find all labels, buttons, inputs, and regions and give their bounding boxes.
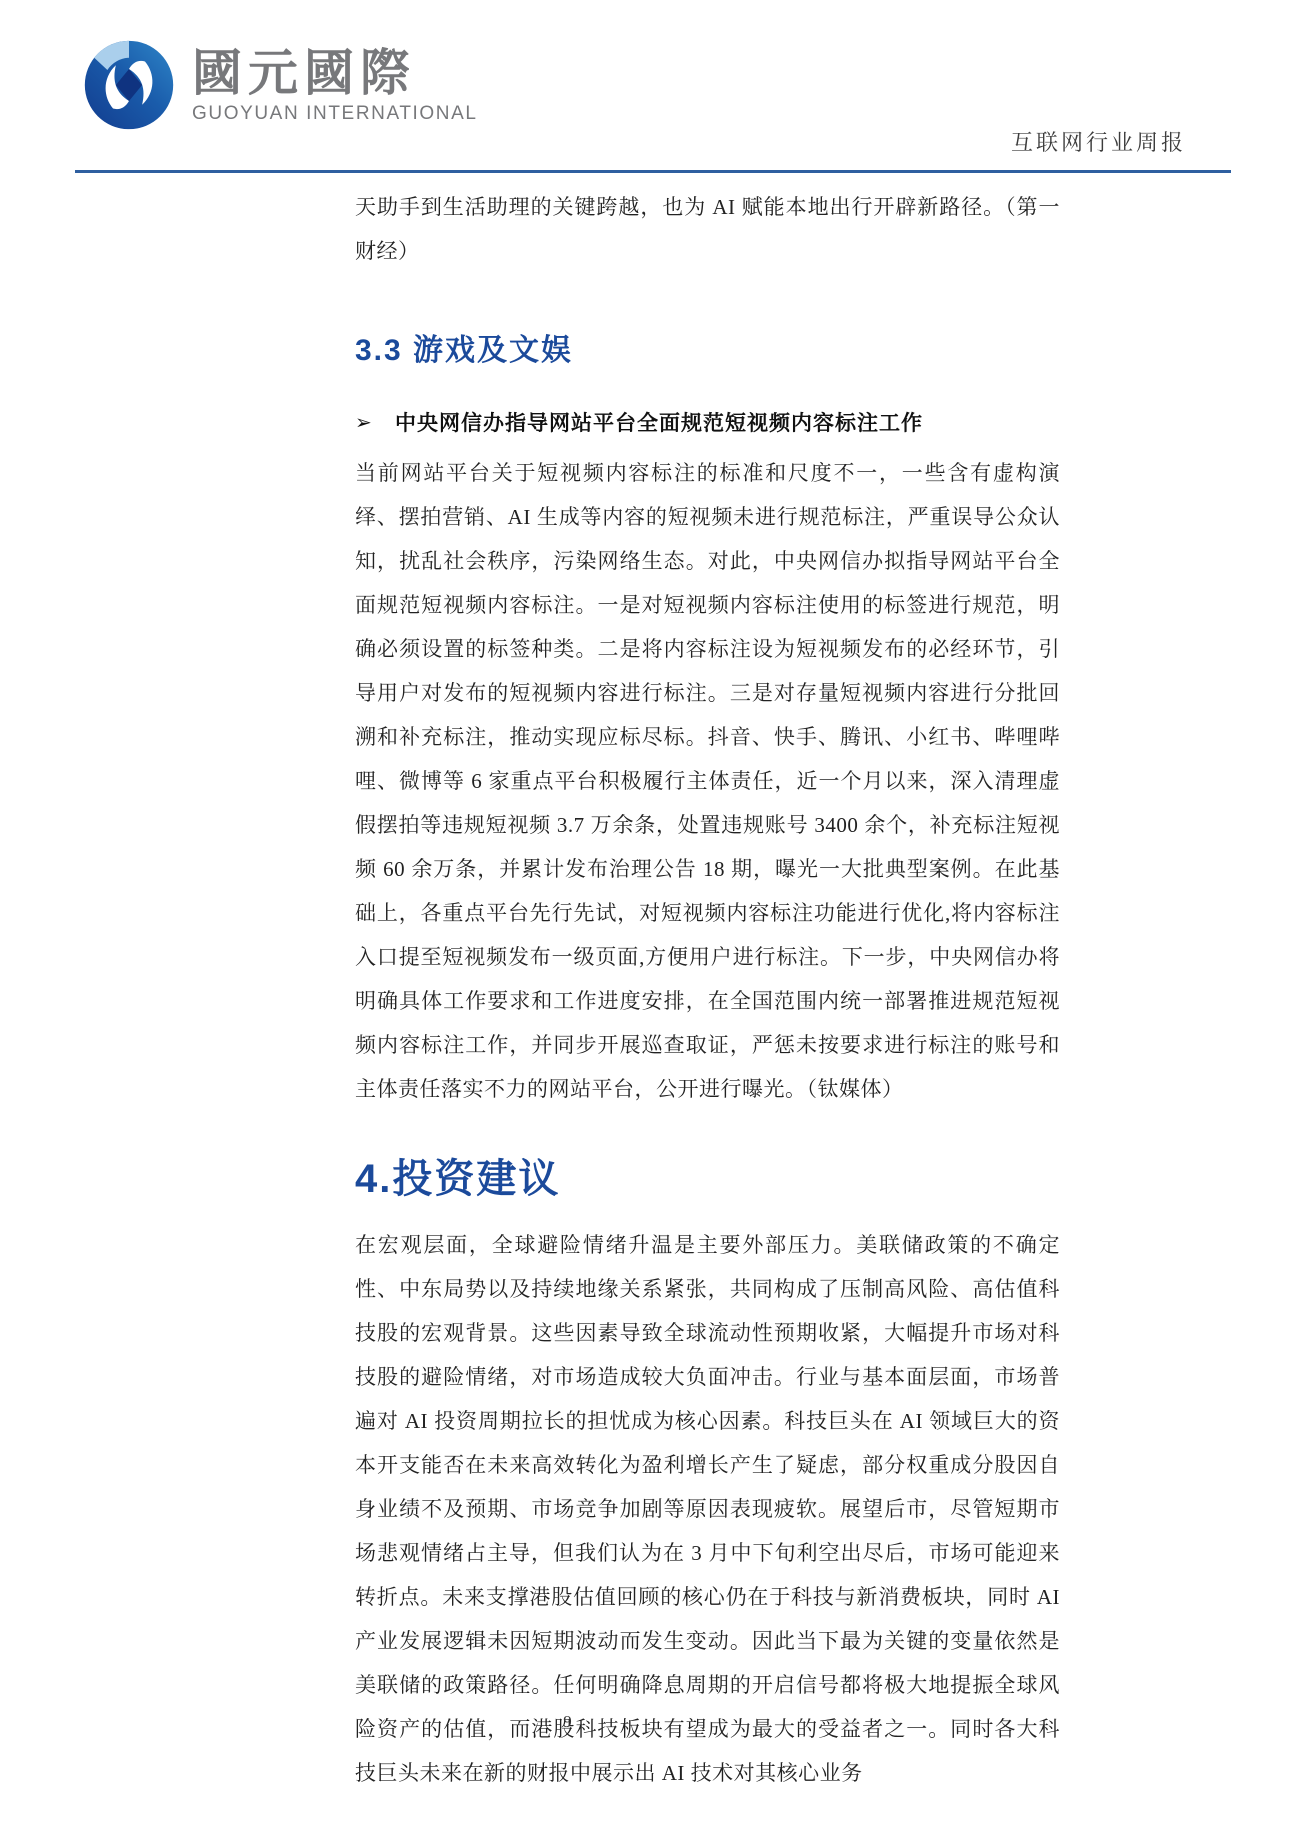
page-number: 9 xyxy=(75,1712,1060,1732)
content-column: 天助手到生活助理的关键跨越，也为 AI 赋能本地出行开辟新路径。（第一财经） 3… xyxy=(355,185,1060,1795)
section-4-paragraph: 在宏观层面，全球避险情绪升温是主要外部压力。美联储政策的不确定性、中东局势以及持… xyxy=(355,1223,1060,1795)
section-4-heading: 4.投资建议 xyxy=(355,1151,1060,1207)
section-33-bullet-title: 中央网信办指导网站平台全面规范短视频内容标注工作 xyxy=(395,401,923,445)
section-33-heading: 3.3 游戏及文娱 xyxy=(355,329,1060,373)
guoyuan-logo: 國元國際 GUOYUAN INTERNATIONAL xyxy=(82,38,478,132)
guoyuan-logo-icon xyxy=(82,38,176,132)
report-page: 國元國際 GUOYUAN INTERNATIONAL 互联网行业周报 天助手到生… xyxy=(0,0,1306,1847)
section-33-bullet: ➢ 中央网信办指导网站平台全面规范短视频内容标注工作 xyxy=(355,401,1060,445)
intro-paragraph: 天助手到生活助理的关键跨越，也为 AI 赋能本地出行开辟新路径。（第一财经） xyxy=(355,185,1060,273)
brand-name-cn: 國元國際 xyxy=(192,46,478,101)
header-divider xyxy=(75,170,1231,173)
brand-text-block: 國元國際 GUOYUAN INTERNATIONAL xyxy=(192,46,478,125)
arrow-bullet-icon: ➢ xyxy=(355,401,395,445)
report-title: 互联网行业周报 xyxy=(1011,126,1186,157)
brand-name-en: GUOYUAN INTERNATIONAL xyxy=(192,103,478,125)
section-33-paragraph: 当前网站平台关于短视频内容标注的标准和尺度不一，一些含有虚构演绎、摆拍营销、AI… xyxy=(355,451,1060,1111)
